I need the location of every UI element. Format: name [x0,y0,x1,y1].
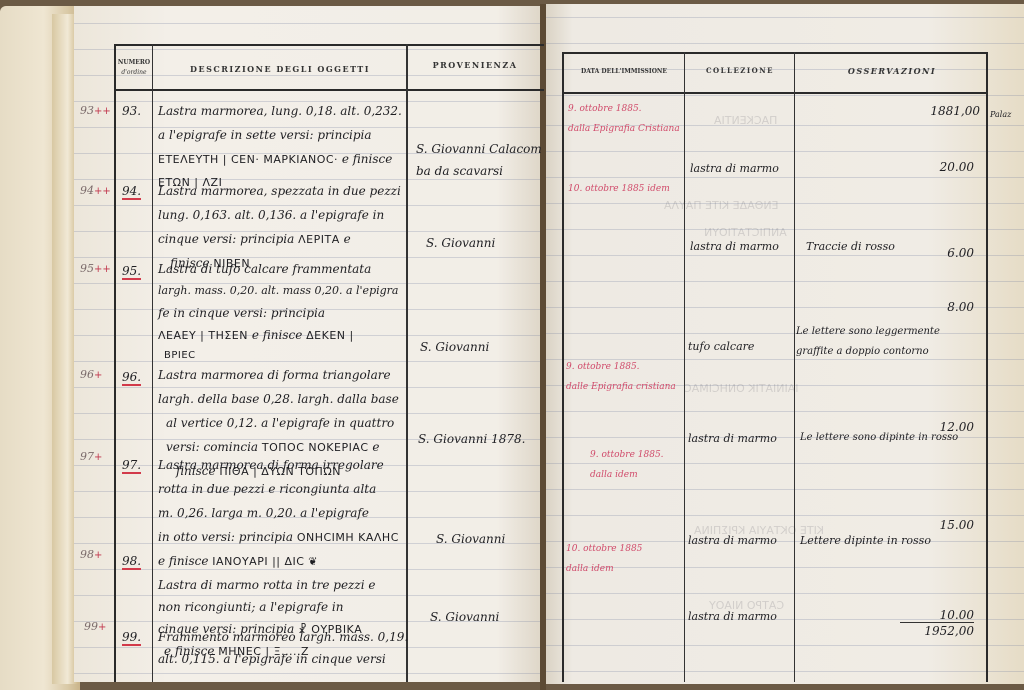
header-osservazioni: OSSERVAZIONI [800,66,984,76]
observations: Le lettere sono leggermente graffite a d… [796,322,976,362]
margin-number: 96+ [80,368,102,381]
inscription-line: ΛΕΑΕΥ | ΤΗΣΕΝ e finisce ΔΕΚΕΝ | [158,328,354,342]
amount: 6.00 [900,246,974,260]
date-entry: dalla idem [590,470,638,480]
description-line: rotta in due pezzi e ricongiunta alta [158,482,376,496]
description-line: lung. 0,163. alt. 0,136. a l'epigrafe in [158,208,384,222]
header-data-immissione: DATA DELL'IMMISSIONE [566,68,682,75]
description-line: largh. della base 0,28. largh. dalla bas… [158,392,399,406]
observations: Lettere dipinte in rosso [800,534,931,547]
collection: lastra di marmo [688,534,777,547]
margin-note: Palaz [990,110,1011,119]
inscription-extra: ΒΡΙΕC [164,350,196,361]
collection: lastra di marmo [688,610,777,623]
description-line: Lastra di marmo rotta in tre pezzi e [158,578,375,592]
date-entry: dalla Epigrafia Cristiana [568,124,680,134]
margin-number: 95++ [80,262,111,275]
date-entry: dalle Epigrafia cristiana [566,382,676,392]
observations: Le lettere sono dipinte in rosso [800,432,958,443]
description-line: non ricongiunti; a l'epigrafe in [158,600,343,614]
amount: 1881,00 [900,104,980,118]
column-divider [152,44,153,682]
description-line: Lastra marmorea di forma triangolare [158,368,391,382]
description-line: Frammento marmoreo largh. mass. 0,19. [158,630,408,644]
provenance: S. Giovanni 1878. [418,432,525,446]
description-line: Lastra di tufo calcare frammentata [158,262,371,276]
description-line: largh. mass. 0,20. alt. mass 0,20. a l'e… [158,284,399,297]
date-entry: 10. ottobre 1885 [566,544,642,554]
collection: lastra di marmo [690,240,779,253]
entry-number: 94. [122,184,141,200]
entry-number: 98. [122,554,141,570]
description-line: cinque versi: principia ΛΕΡΙΤΑ e [158,232,351,246]
date-entry: 10. ottobre 1885 idem [568,184,670,194]
header-descrizione: DESCRIZIONE DEGLI OGGETTI [160,64,400,74]
description-line: a l'epigrafe in sette versi: principia [158,128,372,142]
date-entry: 9. ottobre 1885. [566,362,640,372]
collection: lastra di marmo [690,162,779,175]
provenance: S. Giovanni Calacom [416,142,542,156]
entry-number: 97. [122,458,141,474]
entry-number: 99. [122,630,141,646]
amount: 8.00 [900,300,974,314]
description-line: Lastra marmorea di forma irregolare [158,458,384,472]
margin-number: 93++ [80,104,111,117]
inscription-line: in otto versi: principia ΟΝΗCΙΜΗ ΚΑΛΗC [158,530,399,544]
inscription-line: ΕΤΕΛΕΥΤΗ | CΕΝ· ΜΑΡΚΙΑΝΟC· e finisce [158,152,392,166]
provenance: S. Giovanni [430,610,499,624]
description-line: Lastra marmorea, lung. 0,18. alt. 0,232. [158,104,402,118]
column-divider [794,52,795,682]
date-entry: dalla idem [566,564,614,574]
provenance: S. Giovanni [426,236,495,250]
amount: 10.00 [900,608,974,623]
date-entry: 9. ottobre 1885. [568,104,642,114]
observations: Traccie di rosso [806,240,895,253]
description-line: alt. 0,115. a l'epigrafe in cinque versi [158,652,386,666]
margin-number: 97+ [80,450,102,463]
margin-number: 98+ [80,548,102,561]
date-entry: 9. ottobre 1885. [590,450,664,460]
entry-number: 93. [122,104,141,118]
column-divider [684,52,685,682]
total-amount: 1952,00 [896,624,974,638]
header-divider [562,92,988,94]
description-line: m. 0,26. larga m. 0,20. a l'epigrafe [158,506,369,520]
collection: lastra di marmo [688,432,777,445]
inscription-end: e finisce ΙΑΝΟΥΑΡΙ || ΔΙC ❦ [158,554,318,568]
collection: tufo calcare [688,340,754,353]
margin-number: 99+ [84,620,106,633]
header-provenienza: PROVENIENZA [410,60,540,70]
entry-number: 96. [122,370,141,386]
amount: 15.00 [900,518,974,532]
description-line: al vertice 0,12. a l'epigrafe in quattro [166,416,394,430]
provenance: ba da scavarsi [416,164,503,178]
entry-number: 95. [122,264,141,280]
amount: 20.00 [900,160,974,174]
header-numero: NUMERO d'ordine [116,58,152,78]
header-collezione: COLLEZIONE [688,66,792,75]
description-line: fe in cinque versi: principia [158,306,325,320]
column-divider [406,44,408,682]
inscription-line: versi: comincia ΤΟΠΟC ΝΟΚΕΡΙΑC e [166,440,379,454]
header-divider [114,89,544,91]
description-line: Lastra marmorea, spezzata in due pezzi [158,184,401,198]
margin-number: 94++ [80,184,111,197]
provenance: S. Giovanni [436,532,505,546]
provenance: S. Giovanni [420,340,489,354]
